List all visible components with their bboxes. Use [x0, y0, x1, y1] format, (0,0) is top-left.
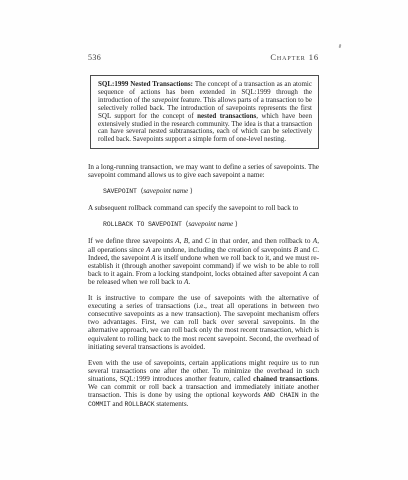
scan-speck: [339, 44, 341, 48]
paragraph-chained-transactions: Even with the use of savepoints, certain…: [88, 359, 319, 410]
code-rollback-to-savepoint: ROLLBACK TO SAVEPOINT ⟨savepoint name ⟩: [88, 220, 319, 229]
paragraph-intro: In a long-running transaction, we may wa…: [88, 163, 319, 179]
page-body: In a long-running transaction, we may wa…: [88, 163, 319, 417]
callout-box: SQL:1999 Nested Transactions: The concep…: [90, 75, 319, 149]
paragraph-rollback: A subsequent rollback command can specif…: [88, 204, 319, 212]
book-page: 536 Chapter 16 SQL:1999 Nested Transacti…: [0, 0, 408, 480]
paragraph-savepoints-vs-transactions: It is instructive to compare the use of …: [88, 294, 319, 351]
paragraph-define-savepoints: If we define three savepoints A, B, and …: [88, 237, 319, 286]
page-header: 536 Chapter 16: [88, 52, 319, 62]
page-number: 536: [88, 53, 101, 62]
chapter-header: Chapter 16: [270, 52, 319, 62]
callout-box-text: SQL:1999 Nested Transactions: The concep…: [98, 81, 312, 144]
code-savepoint: SAVEPOINT ⟨savepoint name ⟩: [88, 187, 319, 196]
